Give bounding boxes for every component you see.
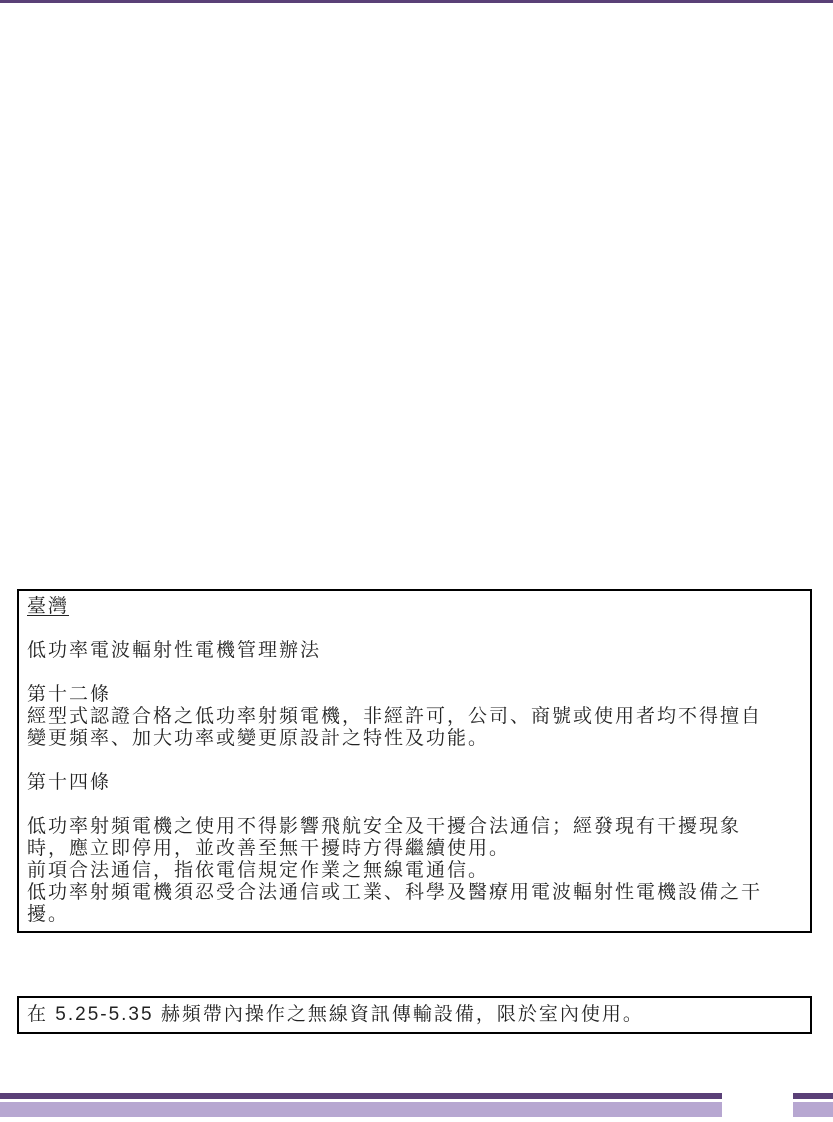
footer-rule-light-right xyxy=(793,1102,833,1117)
band-restriction-notice-box: 在 5.25-5.35 赫頻帶內操作之無線資訊傳輸設備，限於室內使用。 xyxy=(17,996,812,1034)
footer-rule-dark-left xyxy=(0,1093,722,1099)
footer-rule-light-left xyxy=(0,1102,722,1117)
blank-line xyxy=(27,662,802,684)
document-page: 臺灣 低功率電波輻射性電機管理辦法 第十二條 經型式認證合格之低功率射頻電機，非… xyxy=(0,0,833,1122)
blank-line xyxy=(27,750,802,772)
article-12-heading: 第十二條 xyxy=(27,684,802,706)
blank-line xyxy=(27,794,802,816)
footer-rule-dark-right xyxy=(793,1093,833,1099)
article-14-heading: 第十四條 xyxy=(27,772,802,794)
region-title: 臺灣 xyxy=(27,596,802,618)
blank-line xyxy=(27,618,802,640)
header-rule xyxy=(0,0,833,3)
article-14-body: 低功率射頻電機之使用不得影響飛航安全及干擾合法通信；經發現有干擾現象 時，應立即… xyxy=(27,816,802,926)
article-12-body: 經型式認證合格之低功率射頻電機，非經許可，公司、商號或使用者均不得擅自 變更頻率… xyxy=(27,706,802,750)
band-restriction-text: 在 5.25-5.35 赫頻帶內操作之無線資訊傳輸設備，限於室內使用。 xyxy=(27,1004,644,1026)
law-title: 低功率電波輻射性電機管理辦法 xyxy=(27,640,802,662)
taiwan-regulatory-notice-box: 臺灣 低功率電波輻射性電機管理辦法 第十二條 經型式認證合格之低功率射頻電機，非… xyxy=(17,589,812,933)
